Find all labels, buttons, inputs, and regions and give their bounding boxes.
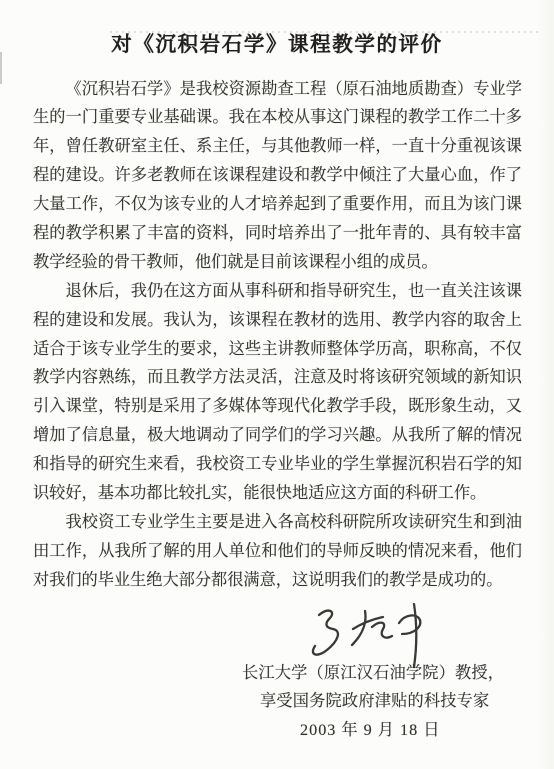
text-line: 程的建设。许多老教师在该课程建设和教学中倾注了大量心血，作了 <box>33 161 522 190</box>
text-line: 田工作，从我所了解的用人单位和他们的导师反映的情况来看，他们 <box>33 537 522 566</box>
text-line: 大量工作，不仅为该专业的人才培养起到了重要作用，而且为该门课 <box>33 190 522 219</box>
signature-affiliation: 长江大学（原江汉石油学院）教授， <box>242 663 504 683</box>
text-line: 和指导的研究生来看，我校资工专业毕业的学生掌握沉积岩石学的知 <box>33 450 522 479</box>
text-line: 《沉积岩石学》是我校资源勘查工程（原石油地质勘查）专业学 <box>33 75 522 104</box>
signature-date: 2003 年 9 月 18 日 <box>300 720 440 740</box>
scanned-document-page: 对《沉积岩石学》课程教学的评价 《沉积岩石学》是我校资源勘查工程（原石油地质勘查… <box>0 0 554 769</box>
document-body: 《沉积岩石学》是我校资源勘查工程（原石油地质勘查）专业学 生的一门重要专业基础课… <box>33 75 522 595</box>
text-line: 识较好，基本功都比较扎实，能很快地适应这方面的科研工作。 <box>33 479 522 508</box>
text-line: 程的建设和发展。我认为，该课程在教材的选用、教学内容的取舍上 <box>33 306 522 335</box>
text-line: 适合于该专业学生的要求，这些主讲教师整体学历高，职称高，不仅 <box>33 335 522 364</box>
text-line: 增加了信息量，极大地调动了同学们的学习兴趣。从我所了解的情况 <box>33 421 522 450</box>
text-line: 退休后，我仍在这方面从事科研和指导研究生，也一直关注该课 <box>33 277 522 306</box>
text-line: 对我们的毕业生绝大部分都很满意，这说明我们的教学是成功的。 <box>33 566 522 595</box>
text-line: 年，曾任教研室主任、系主任，与其他教师一样，一直十分重视该课 <box>33 132 522 161</box>
text-line: 我校资工专业学生主要是进入各高校科研院所攻读研究生和到油 <box>33 508 522 537</box>
text-line: 引入课堂，特别是采用了多媒体等现代化教学手段，既形象生动，又 <box>33 392 522 421</box>
document-title: 对《沉积岩石学》课程教学的评价 <box>0 30 554 60</box>
text-line: 教学内容熟练，而且教学方法灵活，注意及时将该研究领域的新知识 <box>33 363 522 392</box>
scan-artifact-right-shade <box>536 0 554 769</box>
signature-honor: 享受国务院政府津贴的科技专家 <box>260 691 489 711</box>
text-line: 生的一门重要专业基础课。我在本校从事这门课程的教学工作二十多 <box>33 103 522 132</box>
text-line: 教学经验的骨干教师，他们就是目前该课程小组的成员。 <box>33 248 522 277</box>
text-line: 程的教学积累了丰富的资料，同时培养出了一批年青的、具有较丰富 <box>33 219 522 248</box>
